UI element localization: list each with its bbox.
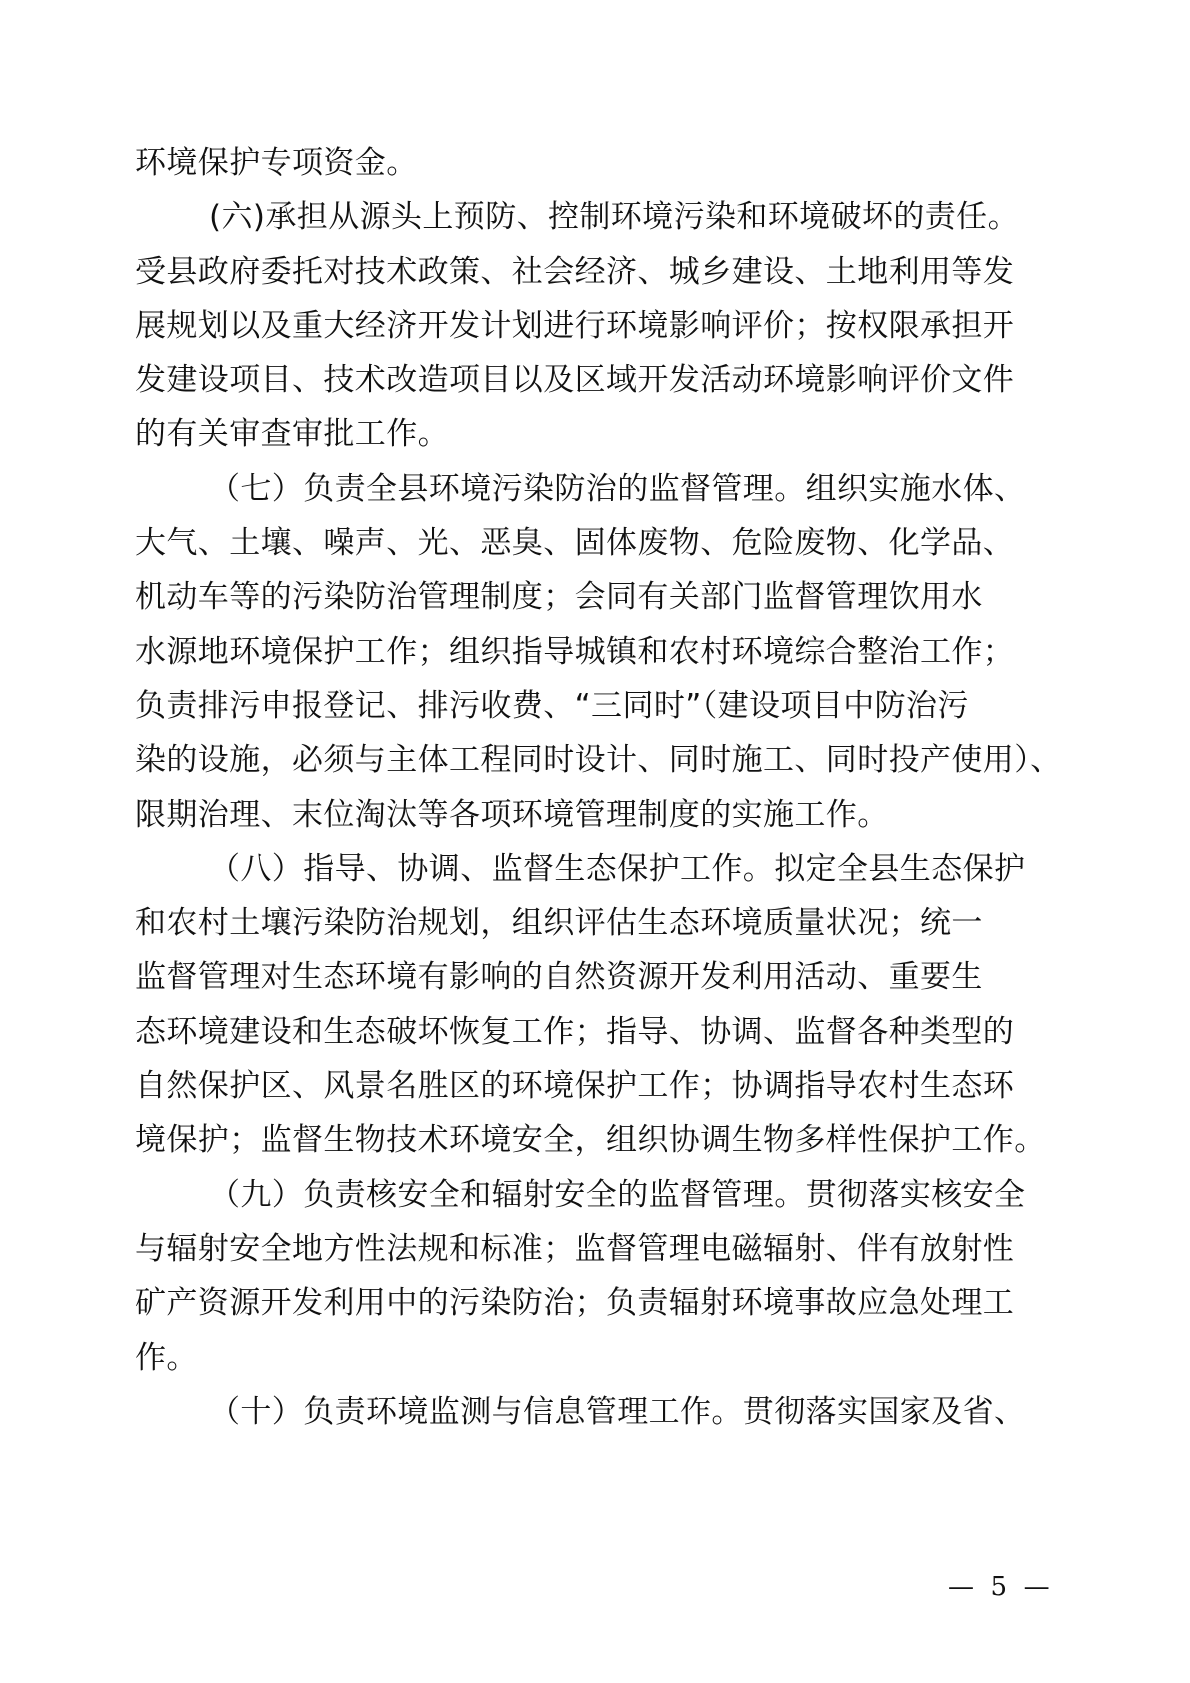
section-heading-7: （七）负责全县环境污染防治的监督管理。组织实施水体、 (135, 462, 965, 516)
text-line: 态环境建设和生态破坏恢复工作；指导、协调、监督各种类型的 (135, 1005, 965, 1059)
text-line: 大气、土壤、噪声、光、恶臭、固体废物、危险废物、化学品、 (135, 516, 965, 570)
text-line: 展规划以及重大经济开发计划进行环境影响评价；按权限承担开 (135, 299, 965, 353)
text-line: 机动车等的污染防治管理制度；会同有关部门监督管理饮用水 (135, 570, 965, 624)
body-text: 环境保护专项资金。 (六)承担从源头上预防、控制环境污染和环境破坏的责任。 受县… (135, 136, 965, 1439)
text-line: 矿产资源开发利用中的污染防治；负责辐射环境事故应急处理工 (135, 1276, 965, 1330)
section-heading-6: (六)承担从源头上预防、控制环境污染和环境破坏的责任。 (135, 190, 965, 244)
text-line: 发建设项目、技术改造项目以及区域开发活动环境影响评价文件 (135, 353, 965, 407)
text-line: 与辐射安全地方性法规和标准；监督管理电磁辐射、伴有放射性 (135, 1222, 965, 1276)
text-line: 水源地环境保护工作；组织指导城镇和农村环境综合整治工作； (135, 625, 965, 679)
text-line: 作。 (135, 1331, 965, 1385)
section-heading-8: （八）指导、协调、监督生态保护工作。拟定全县生态保护 (135, 842, 965, 896)
text-line: 负责排污申报登记、排污收费、“三同时”（建设项目中防治污 (135, 679, 965, 733)
text-line: 自然保护区、风景名胜区的环境保护工作；协调指导农村生态环 (135, 1059, 965, 1113)
text-line: 境保护；监督生物技术环境安全，组织协调生物多样性保护工作。 (135, 1113, 965, 1167)
document-page: 环境保护专项资金。 (六)承担从源头上预防、控制环境污染和环境破坏的责任。 受县… (0, 0, 1190, 1683)
text-line: 环境保护专项资金。 (135, 136, 965, 190)
section-heading-9: （九）负责核安全和辐射安全的监督管理。贯彻落实核安全 (135, 1168, 965, 1222)
text-line: 受县政府委托对技术政策、社会经济、城乡建设、土地利用等发 (135, 245, 965, 299)
section-heading-10: （十）负责环境监测与信息管理工作。贯彻落实国家及省、 (135, 1385, 965, 1439)
page-number: — 5 — (948, 1572, 1050, 1602)
text-line: 的有关审查审批工作。 (135, 407, 965, 461)
text-line: 和农村土壤污染防治规划，组织评估生态环境质量状况；统一 (135, 896, 965, 950)
text-line: 限期治理、末位淘汰等各项环境管理制度的实施工作。 (135, 788, 965, 842)
text-line: 染的设施，必须与主体工程同时设计、同时施工、同时投产使用）、 (135, 733, 965, 787)
text-line: 监督管理对生态环境有影响的自然资源开发利用活动、重要生 (135, 950, 965, 1004)
